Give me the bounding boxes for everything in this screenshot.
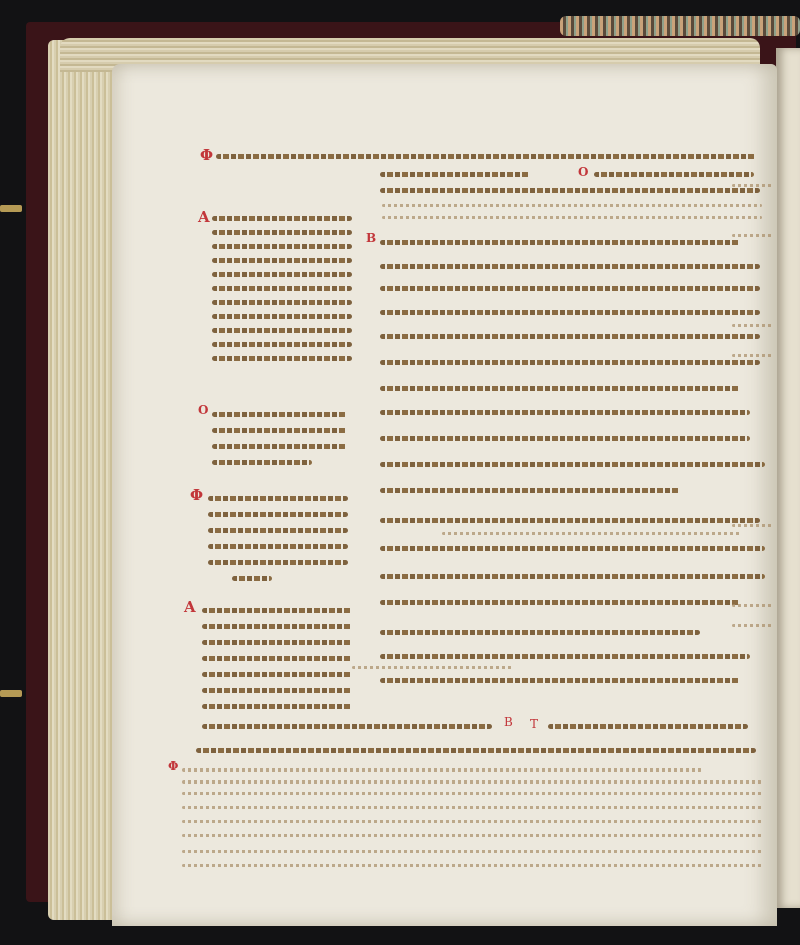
margin-gloss <box>732 184 772 187</box>
text-line <box>212 300 352 305</box>
gloss-line <box>382 216 762 219</box>
rubric-initial: Φ <box>200 148 213 163</box>
text-line <box>212 412 347 417</box>
gloss-line <box>442 532 742 535</box>
text-line <box>380 286 760 291</box>
text-line <box>196 748 756 753</box>
text-line <box>202 640 352 645</box>
text-line <box>208 560 348 565</box>
rubric-initial: Α <box>184 600 196 615</box>
text-line <box>380 630 700 635</box>
text-line <box>380 360 760 365</box>
rubric-initial: Φ <box>190 488 203 503</box>
text-line <box>212 328 352 333</box>
rubric-initial: Α <box>198 210 210 225</box>
text-line <box>202 624 352 629</box>
text-line <box>380 600 740 605</box>
scholia-line <box>182 780 762 784</box>
rubric-initial: Ο <box>198 404 208 416</box>
text-line <box>202 724 492 729</box>
text-line <box>208 544 348 549</box>
gloss-line <box>352 666 512 669</box>
text-line <box>212 258 352 263</box>
text-line <box>380 678 740 683</box>
scholia-line <box>182 850 762 853</box>
text-line <box>232 576 272 581</box>
margin-gloss <box>732 354 772 357</box>
text-line <box>212 244 352 249</box>
scholia-line <box>182 864 762 867</box>
text-line <box>380 546 765 551</box>
text-line <box>202 672 352 677</box>
text-line <box>212 460 312 465</box>
headband <box>560 16 800 36</box>
manuscript-page: Φ Ο Α Ο Φ Α Β <box>112 64 777 926</box>
text-line <box>380 488 680 493</box>
text-line <box>208 496 348 501</box>
gloss-line <box>382 204 762 207</box>
text-line <box>380 264 760 269</box>
text-line <box>380 462 765 467</box>
rubric-mark: Τ <box>530 718 538 730</box>
text-line <box>380 334 760 339</box>
text-line <box>202 608 352 613</box>
text-line <box>380 172 530 177</box>
text-line <box>380 436 750 441</box>
scholia-line <box>182 834 762 837</box>
scholia-line <box>182 820 762 823</box>
text-line <box>380 386 740 391</box>
rubric-initial: Ο <box>578 166 588 178</box>
text-line <box>380 240 740 245</box>
text-line <box>212 272 352 277</box>
margin-gloss <box>732 604 772 607</box>
text-line <box>202 656 352 661</box>
rubric-mark: Β <box>504 716 513 728</box>
text-line <box>380 310 760 315</box>
facing-page <box>776 48 800 908</box>
text-line <box>548 724 748 729</box>
text-line <box>380 410 750 415</box>
text-line <box>208 528 348 533</box>
text-line <box>594 172 754 177</box>
text-line <box>202 688 352 693</box>
clasp-lower <box>0 690 22 697</box>
margin-gloss <box>732 324 772 327</box>
rubric-initial: Φ <box>168 760 178 772</box>
margin-gloss <box>732 524 772 527</box>
text-line <box>202 704 352 709</box>
rubric-initial: Β <box>366 232 376 244</box>
text-line <box>212 356 352 361</box>
text-line <box>212 342 352 347</box>
margin-gloss <box>732 624 772 627</box>
text-line <box>380 518 760 523</box>
text-line <box>216 154 756 159</box>
text-line <box>380 574 765 579</box>
text-line <box>212 314 352 319</box>
text-line <box>212 216 352 221</box>
text-line <box>380 654 750 659</box>
text-line <box>212 444 347 449</box>
text-line <box>212 230 352 235</box>
text-line <box>212 286 352 291</box>
margin-gloss <box>732 234 772 237</box>
scholia-line <box>182 792 762 795</box>
scholia-line <box>182 806 762 809</box>
clasp-upper <box>0 205 22 212</box>
text-line <box>212 428 347 433</box>
text-line <box>380 188 760 193</box>
scholia-line <box>182 768 702 772</box>
text-line <box>208 512 348 517</box>
